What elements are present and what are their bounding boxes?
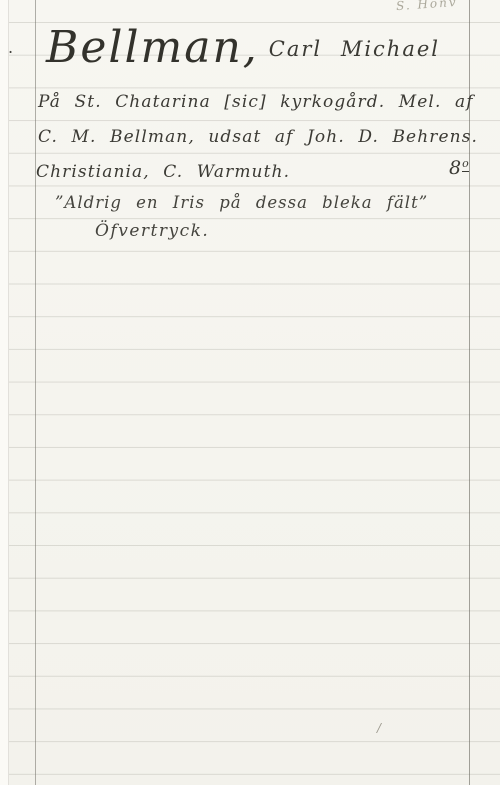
manuscript-page: S. Honv . Bellman,Carl Michael På St. Ch… xyxy=(0,0,500,785)
stray-mark: / xyxy=(377,721,381,735)
format-designation: 8o xyxy=(449,157,469,179)
margin-dot: . xyxy=(8,38,13,57)
first-line-quote: ”Aldrig en Iris på dessa bleka fält” xyxy=(55,193,428,212)
heading-surname: Bellman, xyxy=(46,22,259,73)
scan-edge-strip xyxy=(0,0,9,785)
heading-given-names: Carl Michael xyxy=(269,37,440,61)
entry-heading: Bellman,Carl Michael xyxy=(46,22,440,73)
ruled-lines xyxy=(0,0,500,785)
overprint-note: Öfvertryck. xyxy=(95,221,209,241)
left-margin-rule xyxy=(35,0,36,785)
pencil-annotation: S. Honv xyxy=(396,0,458,13)
right-margin-rule xyxy=(469,0,470,785)
format-number: 8 xyxy=(449,157,461,179)
body-line-2: C. M. Bellman, udsat af Joh. D. Behrens. xyxy=(38,127,478,147)
format-suffix: o xyxy=(462,157,469,172)
body-line-3: Christiania, C. Warmuth. xyxy=(36,162,290,182)
body-line-1: På St. Chatarina [sic] kyrkogård. Mel. a… xyxy=(38,92,474,112)
